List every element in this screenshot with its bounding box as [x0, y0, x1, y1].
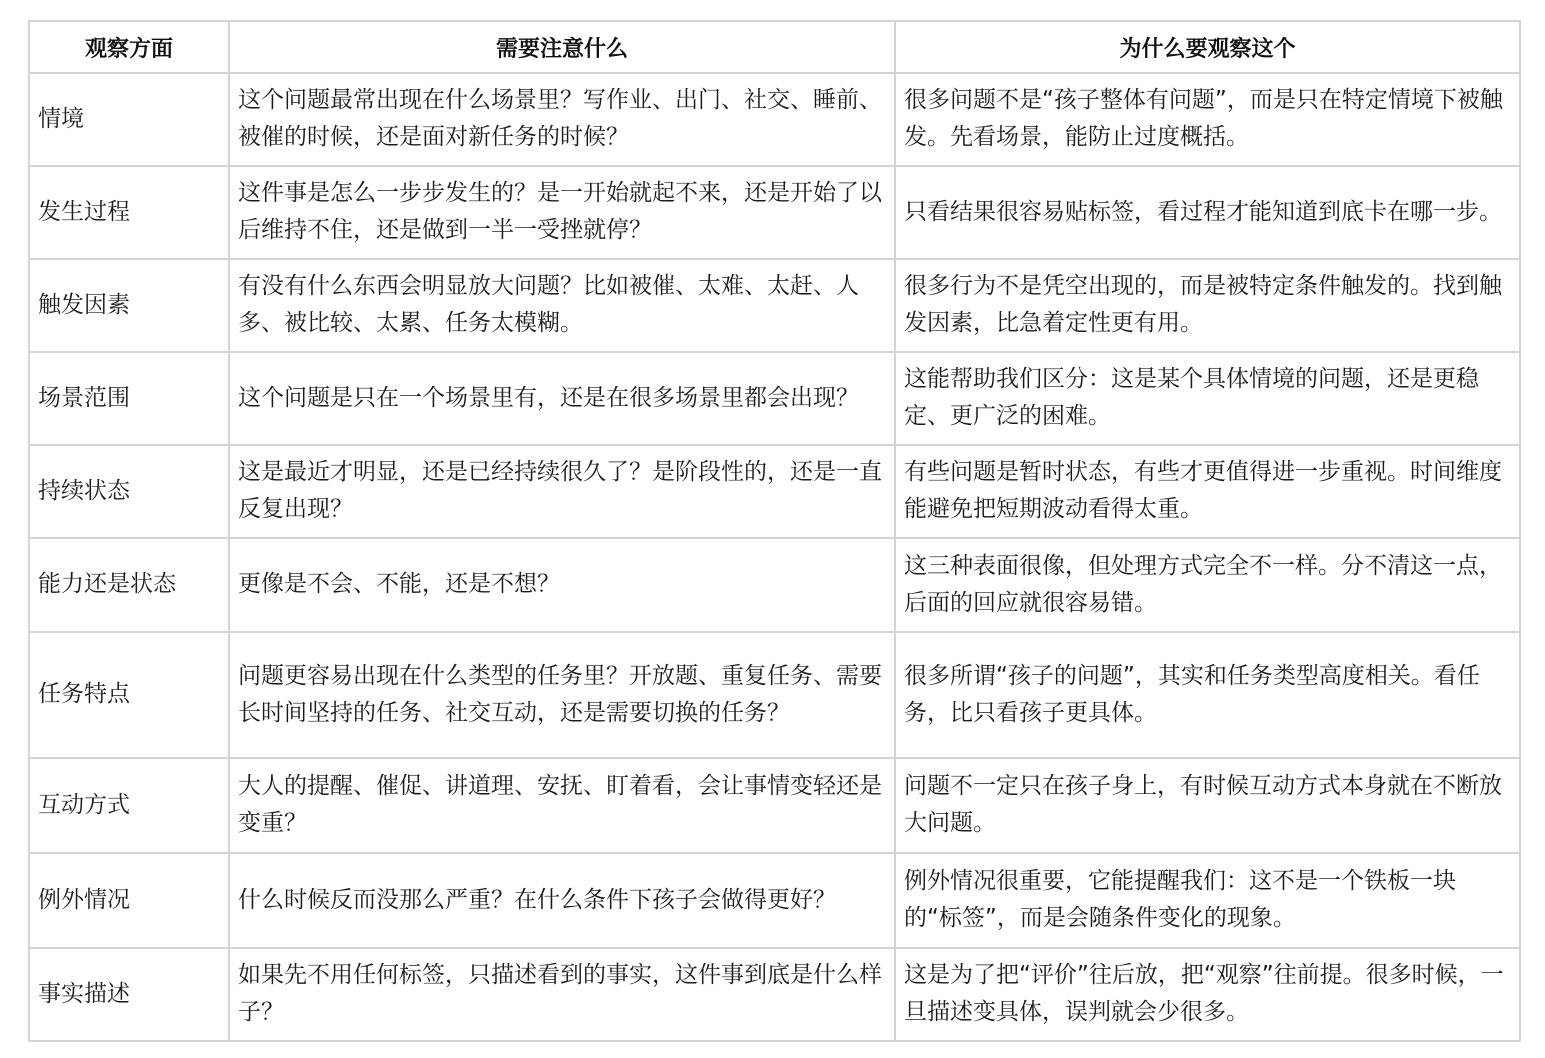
- cell-why-observe: 只看结果很容易贴标签，看过程才能知道到底卡在哪一步。: [895, 166, 1520, 259]
- table-row: 持续状态 这是最近才明显，还是已经持续很久了？是阶段性的，还是一直反复出现？ 有…: [29, 445, 1520, 538]
- cell-why-observe: 有些问题是暂时状态，有些才更值得进一步重视。时间维度能避免把短期波动看得太重。: [895, 445, 1520, 538]
- cell-what-to-notice: 问题更容易出现在什么类型的任务里？开放题、重复任务、需要长时间坚持的任务、社交互…: [229, 632, 895, 758]
- header-aspect: 观察方面: [29, 21, 229, 73]
- observation-table: 观察方面 需要注意什么 为什么要观察这个 情境 这个问题最常出现在什么场景里？写…: [28, 20, 1521, 1042]
- table-row: 情境 这个问题最常出现在什么场景里？写作业、出门、社交、睡前、被催的时候，还是面…: [29, 73, 1520, 166]
- table-row: 场景范围 这个问题是只在一个场景里有，还是在很多场景里都会出现？ 这能帮助我们区…: [29, 352, 1520, 445]
- cell-why-observe: 这三种表面很像，但处理方式完全不一样。分不清这一点，后面的回应就很容易错。: [895, 538, 1520, 632]
- table-row: 能力还是状态 更像是不会、不能，还是不想？ 这三种表面很像，但处理方式完全不一样…: [29, 538, 1520, 632]
- cell-what-to-notice: 什么时候反而没那么严重？在什么条件下孩子会做得更好？: [229, 853, 895, 948]
- cell-aspect: 场景范围: [29, 352, 229, 445]
- table-row: 例外情况 什么时候反而没那么严重？在什么条件下孩子会做得更好？ 例外情况很重要，…: [29, 853, 1520, 948]
- cell-why-observe: 这能帮助我们区分：这是某个具体情境的问题，还是更稳定、更广泛的困难。: [895, 352, 1520, 445]
- cell-aspect: 任务特点: [29, 632, 229, 758]
- cell-what-to-notice: 有没有什么东西会明显放大问题？比如被催、太难、太赶、人多、被比较、太累、任务太模…: [229, 259, 895, 352]
- cell-why-observe: 很多所谓“孩子的问题”，其实和任务类型高度相关。看任务，比只看孩子更具体。: [895, 632, 1520, 758]
- table-header-row: 观察方面 需要注意什么 为什么要观察这个: [29, 21, 1520, 73]
- table-row: 事实描述 如果先不用任何标签，只描述看到的事实，这件事到底是什么样子？ 这是为了…: [29, 948, 1520, 1041]
- table-row: 互动方式 大人的提醒、催促、讲道理、安抚、盯着看，会让事情变轻还是变重？ 问题不…: [29, 758, 1520, 853]
- cell-aspect: 情境: [29, 73, 229, 166]
- cell-aspect: 持续状态: [29, 445, 229, 538]
- cell-why-observe: 问题不一定只在孩子身上，有时候互动方式本身就在不断放大问题。: [895, 758, 1520, 853]
- cell-why-observe: 很多问题不是“孩子整体有问题”，而是只在特定情境下被触发。先看场景，能防止过度概…: [895, 73, 1520, 166]
- cell-what-to-notice: 这个问题是只在一个场景里有，还是在很多场景里都会出现？: [229, 352, 895, 445]
- cell-aspect: 互动方式: [29, 758, 229, 853]
- cell-what-to-notice: 更像是不会、不能，还是不想？: [229, 538, 895, 632]
- table-row: 任务特点 问题更容易出现在什么类型的任务里？开放题、重复任务、需要长时间坚持的任…: [29, 632, 1520, 758]
- cell-aspect: 发生过程: [29, 166, 229, 259]
- cell-what-to-notice: 这个问题最常出现在什么场景里？写作业、出门、社交、睡前、被催的时候，还是面对新任…: [229, 73, 895, 166]
- cell-aspect: 事实描述: [29, 948, 229, 1041]
- cell-what-to-notice: 这是最近才明显，还是已经持续很久了？是阶段性的，还是一直反复出现？: [229, 445, 895, 538]
- table-row: 发生过程 这件事是怎么一步步发生的？是一开始就起不来，还是开始了以后维持不住，还…: [29, 166, 1520, 259]
- header-what-to-notice: 需要注意什么: [229, 21, 895, 73]
- cell-why-observe: 很多行为不是凭空出现的，而是被特定条件触发的。找到触发因素，比急着定性更有用。: [895, 259, 1520, 352]
- cell-what-to-notice: 如果先不用任何标签，只描述看到的事实，这件事到底是什么样子？: [229, 948, 895, 1041]
- cell-aspect: 能力还是状态: [29, 538, 229, 632]
- cell-why-observe: 例外情况很重要，它能提醒我们：这不是一个铁板一块的“标签”，而是会随条件变化的现…: [895, 853, 1520, 948]
- cell-aspect: 例外情况: [29, 853, 229, 948]
- header-why-observe: 为什么要观察这个: [895, 21, 1520, 73]
- table-row: 触发因素 有没有什么东西会明显放大问题？比如被催、太难、太赶、人多、被比较、太累…: [29, 259, 1520, 352]
- cell-aspect: 触发因素: [29, 259, 229, 352]
- cell-what-to-notice: 这件事是怎么一步步发生的？是一开始就起不来，还是开始了以后维持不住，还是做到一半…: [229, 166, 895, 259]
- cell-why-observe: 这是为了把“评价”往后放，把“观察”往前提。很多时候，一旦描述变具体，误判就会少…: [895, 948, 1520, 1041]
- cell-what-to-notice: 大人的提醒、催促、讲道理、安抚、盯着看，会让事情变轻还是变重？: [229, 758, 895, 853]
